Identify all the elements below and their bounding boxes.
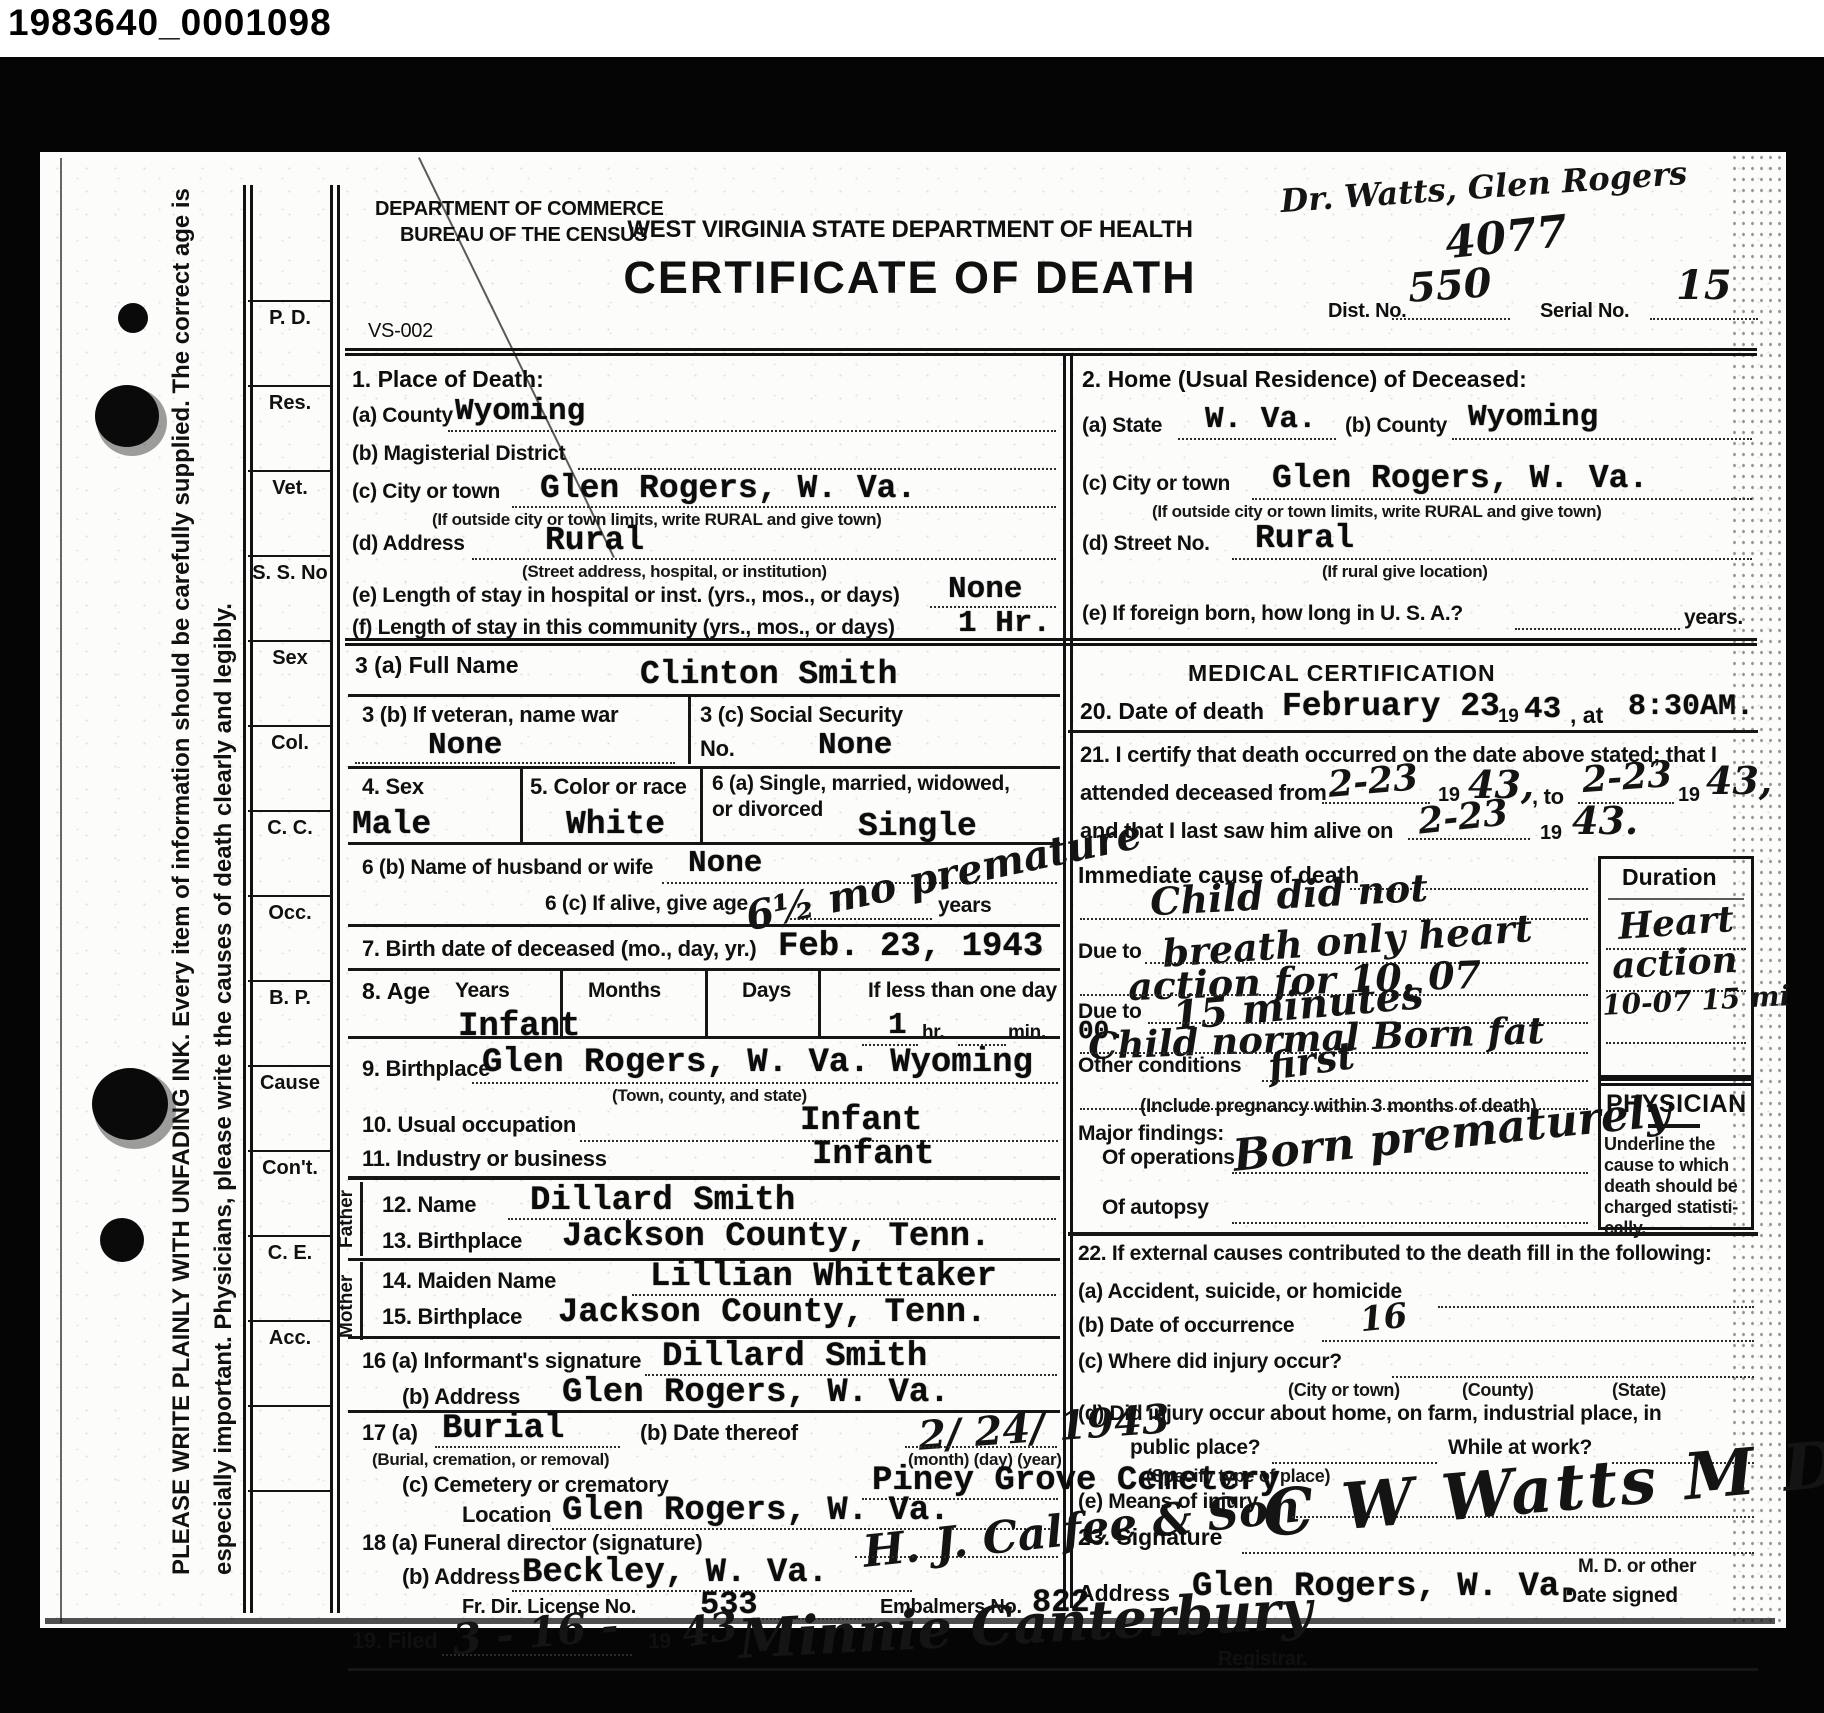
- sec1-c-line: [512, 506, 1056, 508]
- index-tab: Res.: [248, 385, 332, 470]
- margin-instruction-2: especially important. Physicians, please…: [210, 603, 238, 1575]
- funeral-dir-label: 18 (a) Funeral director (signature): [362, 1530, 702, 1556]
- father-bp-label: 13. Birthplace: [382, 1228, 522, 1254]
- sec2-title: 2. Home (Usual Residence) of Deceased:: [1082, 366, 1527, 393]
- index-tab: C. C.: [248, 810, 332, 895]
- sec1-e-value: None: [948, 572, 1022, 607]
- sec2-c-note: (If outside city or town limits, write R…: [1152, 502, 1602, 522]
- index-tab: [248, 1490, 332, 1575]
- sec2-e-label: (e) If foreign born, how long in U. S. A…: [1082, 602, 1463, 626]
- sec2-a-value: W. Va.: [1205, 402, 1317, 437]
- sec2-d-line: [1232, 558, 1752, 560]
- other-conditions-label: Other conditions: [1078, 1054, 1241, 1078]
- to-year-prefix: 19: [1678, 784, 1700, 807]
- sec1-d-label: (d) Address: [352, 532, 465, 556]
- date-signed-label: Date signed: [1562, 1584, 1678, 1608]
- external-b-line: [1322, 1340, 1754, 1342]
- sec1-title: 1. Place of Death:: [352, 366, 544, 393]
- physician-title-underline: [1648, 1124, 1700, 1128]
- external-c-note3: (State): [1612, 1380, 1666, 1401]
- attended-to-label: , to: [1532, 784, 1564, 810]
- operations-label: Of operations: [1102, 1146, 1235, 1170]
- age-div3: [818, 968, 821, 1036]
- physician-addr-value: Glen Rogers, W. Va.: [1192, 1568, 1580, 1606]
- dist-no-line: [1392, 318, 1510, 320]
- sec2-d-value: Rural: [1255, 520, 1354, 557]
- sec1-c-label: (c) City or town: [352, 480, 500, 504]
- occupation-label: 10. Usual occupation: [362, 1112, 576, 1138]
- filed-year-value: 43: [679, 1602, 741, 1656]
- filed-date-line: [442, 1654, 632, 1656]
- sec2-b-value: Wyoming: [1468, 400, 1598, 435]
- film-border-top: [0, 57, 1824, 152]
- signature-note: M. D. or other: [1578, 1556, 1696, 1578]
- burial-a-label: 17 (a): [362, 1420, 418, 1446]
- form-number: VS-002: [368, 320, 433, 343]
- due-to-1: Due to: [1078, 940, 1142, 964]
- punch-hole-2: [95, 385, 159, 447]
- father-name-value: Dillard Smith: [530, 1182, 795, 1220]
- row3-bottom-rule: [348, 766, 1060, 769]
- index-tab: C. E.: [248, 1235, 332, 1320]
- sec1-b-label: (b) Magisterial District: [352, 442, 565, 466]
- sec1-d-value: Rural: [545, 522, 644, 559]
- dod-time: 8:30AM.: [1628, 690, 1754, 724]
- age-less-label: If less than one day: [868, 979, 1057, 1003]
- scan-frame-label: 1983640_0001098: [8, 2, 332, 44]
- autopsy-label: Of autopsy: [1102, 1196, 1209, 1220]
- informant-addr-label: (b) Address: [402, 1384, 520, 1410]
- external-b-label: (b) Date of occurrence: [1078, 1314, 1294, 1338]
- veteran-line: [355, 762, 675, 764]
- sec2-e-suffix: years.: [1684, 606, 1743, 630]
- physician-note: Underline the cause to which death shoul…: [1604, 1134, 1750, 1239]
- sec2-b-line: [1452, 438, 1752, 440]
- row7-bottom-rule: [348, 968, 1060, 971]
- sec2-a-label: (a) State: [1082, 414, 1162, 438]
- funeral-addr-value: Beckley, W. Va.: [522, 1554, 828, 1592]
- fullname-label: 3 (a) Full Name: [355, 652, 519, 679]
- signature-label: 23. Signature: [1078, 1524, 1222, 1551]
- autopsy-rule: [1232, 1222, 1588, 1224]
- sec1-d-note: (Street address, hospital, or institutio…: [522, 562, 827, 582]
- external-b-scribble: 16: [1358, 1296, 1409, 1341]
- index-tab: B. P.: [248, 980, 332, 1065]
- birthdate-label: 7. Birth date of deceased (mo., day, yr.…: [362, 936, 756, 962]
- margin-instruction-1: PLEASE WRITE PLAINLY WITH UNFADING INK. …: [168, 188, 196, 1575]
- age-row-label: 8. Age: [362, 978, 430, 1005]
- state-title: WEST VIRGINIA STATE DEPARTMENT OF HEALTH: [600, 216, 1220, 244]
- father-bp-value: Jackson County, Tenn.: [562, 1218, 990, 1256]
- index-tab: S. S. No: [248, 555, 332, 640]
- filed-label: 19. Filed: [352, 1628, 437, 1654]
- last-alive-line: [1408, 838, 1530, 840]
- informant-addr-value: Glen Rogers, W. Va.: [562, 1374, 950, 1412]
- dod-value: February 23: [1282, 688, 1500, 725]
- veteran-label: 3 (b) If veteran, name war: [362, 702, 618, 728]
- marital-value: Single: [858, 808, 977, 845]
- other-conditions-rule: [1262, 1080, 1588, 1082]
- sex-value: Male: [352, 806, 431, 843]
- duration-title: Duration: [1622, 864, 1717, 891]
- index-tab: Vet.: [248, 470, 332, 555]
- certify-line3: and that I last saw him alive on: [1080, 818, 1393, 844]
- mother-side-label: Mother: [336, 1275, 358, 1338]
- birthplace-value: Glen Rogers, W. Va. Wyoming: [482, 1044, 1033, 1082]
- row6-bottom-rule: [348, 924, 1060, 927]
- fullname-value: Clinton Smith: [640, 656, 897, 693]
- scanned-death-certificate: 1983640_0001098 PLEASE WRITE PLAINLY WIT…: [0, 0, 1824, 1713]
- age-if-alive-label: 6 (c) If alive, give age: [545, 892, 748, 916]
- age-days-label: Days: [742, 979, 791, 1003]
- serial-no-label: Serial No.: [1540, 300, 1629, 323]
- spouse-label: 6 (b) Name of husband or wife: [362, 856, 653, 880]
- fullname-line: [348, 694, 1060, 697]
- burial-a-line: [435, 1446, 620, 1448]
- operations-rule: [1232, 1172, 1588, 1174]
- dod-label: 20. Date of death: [1080, 698, 1264, 725]
- external-d-label1: (d) Did injury occur about home, on farm…: [1078, 1402, 1661, 1426]
- sec22-top-rule: [1068, 1232, 1758, 1236]
- sec1-f-value: 1 Hr.: [958, 606, 1051, 641]
- alive-year-prefix: 19: [1540, 822, 1562, 845]
- father-bracket: [360, 1182, 363, 1256]
- sec2-c-label: (c) City or town: [1082, 472, 1230, 496]
- index-tab: P. D.: [248, 300, 332, 385]
- index-tab: Col.: [248, 725, 332, 810]
- mother-bracket: [360, 1262, 363, 1340]
- mother-name-value: Lillian Whittaker: [650, 1258, 997, 1296]
- row4-bottom-rule: [348, 842, 1060, 845]
- ssn-no-label: No.: [700, 736, 735, 762]
- row4-divider1: [520, 766, 523, 842]
- external-a-line: [1438, 1306, 1754, 1308]
- duration-hand-2: action: [1611, 939, 1739, 988]
- sec12-bottom-rule: [345, 638, 1757, 646]
- index-tab: Sex: [248, 640, 332, 725]
- burial-b-label: (b) Date thereof: [640, 1420, 798, 1446]
- row3-divider: [688, 694, 691, 764]
- birthplace-note: (Town, county, and state): [612, 1086, 807, 1106]
- external-c-label: (c) Where did injury occur?: [1078, 1350, 1342, 1374]
- paper-edge-line: [60, 158, 62, 1623]
- attended-from-line: [1322, 802, 1430, 804]
- external-e-label: (e) Means of injury: [1078, 1490, 1258, 1514]
- burial-a-note: (Burial, cremation, or removal): [372, 1450, 609, 1470]
- signature-line: [1242, 1552, 1754, 1554]
- occupation-value: Infant: [800, 1102, 922, 1140]
- external-title: 22. If external causes contributed to th…: [1078, 1242, 1712, 1266]
- major-findings-label: Major findings:: [1078, 1122, 1224, 1146]
- cemetery-loc-label: Location: [462, 1502, 551, 1528]
- attended-to-year: 43,: [1706, 758, 1772, 803]
- birthplace-label: 9. Birthplace: [362, 1056, 490, 1082]
- external-c-note1: (City or town): [1288, 1380, 1400, 1401]
- form-bottom-rule: [348, 1668, 1758, 1671]
- sec1-a-value: Wyoming: [455, 394, 585, 429]
- dist-no-value: 550: [1406, 259, 1493, 312]
- marital-label2: or divorced: [712, 798, 823, 822]
- race-label: 5. Color or race: [530, 774, 687, 800]
- header-rule: [345, 348, 1757, 356]
- row11-bottom-rule: [348, 1176, 1060, 1180]
- external-d-label2: public place?: [1130, 1436, 1260, 1460]
- industry-label: 11. Industry or business: [362, 1146, 607, 1172]
- age-min-label: min.: [1008, 1022, 1046, 1044]
- sec2-a-line: [1178, 438, 1336, 440]
- dod-at-label: , at: [1570, 702, 1603, 729]
- punch-hole-4: [100, 1218, 144, 1262]
- external-a-label: (a) Accident, suicide, or homicide: [1078, 1280, 1402, 1304]
- punch-hole-3: [92, 1068, 168, 1140]
- last-alive-year: 43.: [1572, 798, 1638, 843]
- index-tab-column: P. D.Res.Vet.S. S. NoSexCol.C. C.Occ.B. …: [248, 300, 332, 1575]
- medical-title: MEDICAL CERTIFICATION: [1188, 660, 1496, 687]
- father-side-label: Father: [336, 1190, 358, 1248]
- age-value: Infant: [458, 1008, 580, 1046]
- serial-no-line: [1650, 318, 1758, 320]
- sec1-c-note: (If outside city or town limits, write R…: [432, 510, 882, 530]
- duration-rule4: [1606, 1042, 1746, 1044]
- birthdate-value: Feb. 23, 1943: [778, 928, 1043, 966]
- mother-name-label: 14. Maiden Name: [382, 1268, 556, 1294]
- informant-sig-value: Dillard Smith: [662, 1338, 927, 1376]
- dod-bottom-rule: [1068, 730, 1758, 733]
- race-value: White: [566, 806, 665, 843]
- ssn-value: None: [818, 728, 892, 763]
- sex-label: 4. Sex: [362, 774, 424, 800]
- age-div2: [705, 968, 708, 1036]
- burial-a-value: Burial: [442, 1410, 564, 1448]
- physician-addr-label: Address: [1078, 1580, 1170, 1607]
- sec1-e-label: (e) Length of stay in hospital or inst. …: [352, 584, 900, 608]
- mother-bp-value: Jackson County, Tenn.: [558, 1294, 986, 1332]
- certify-line2: attended deceased from: [1080, 780, 1326, 806]
- father-name-label: 12. Name: [382, 1192, 476, 1218]
- index-tab: [248, 1405, 332, 1490]
- external-c-line: [1392, 1376, 1754, 1378]
- sec2-c-line: [1252, 498, 1752, 500]
- punch-hole-1: [118, 303, 148, 333]
- dod-year: 43: [1524, 692, 1561, 727]
- attended-from-value: 2-23: [1326, 756, 1419, 806]
- mother-bp-label: 15. Birthplace: [382, 1304, 522, 1330]
- funeral-addr-label: (b) Address: [402, 1564, 520, 1590]
- funeral-dir-line: [855, 1556, 1058, 1558]
- informant-sig-label: 16 (a) Informant's signature: [362, 1348, 641, 1374]
- index-tab: Con't.: [248, 1150, 332, 1235]
- ssn-label: 3 (c) Social Security: [700, 702, 903, 728]
- birthplace-line: [472, 1082, 1058, 1084]
- marital-label1: 6 (a) Single, married, widowed,: [712, 772, 1010, 796]
- age-hr-label: hr.: [922, 1022, 944, 1044]
- film-border-left: [0, 152, 40, 1713]
- sec2-c-value: Glen Rogers, W. Va.: [1272, 460, 1648, 497]
- index-tab: Acc.: [248, 1320, 332, 1405]
- certificate-title: CERTIFICATE OF DEATH: [600, 252, 1220, 304]
- sec1-f-label: (f) Length of stay in this community (yr…: [352, 616, 895, 640]
- index-tab: Cause: [248, 1065, 332, 1150]
- industry-value: Infant: [812, 1136, 934, 1174]
- burial-b-line: [905, 1446, 1057, 1448]
- age-years-label: Years: [455, 979, 510, 1003]
- row8-bottom-rule: [348, 1036, 1060, 1039]
- serial-no-value: 15: [1676, 262, 1732, 309]
- sec1-c-value: Glen Rogers, W. Va.: [540, 470, 916, 507]
- physician-title: PHYSICIAN: [1606, 1090, 1747, 1119]
- filed-year-prefix: 19: [648, 1630, 671, 1654]
- sec2-e-line: [1515, 628, 1680, 630]
- sec1-d-line: [472, 558, 1056, 560]
- sec2-d-note: (If rural give location): [1322, 562, 1488, 582]
- sec1-a-line: [448, 430, 1056, 432]
- veteran-value: None: [428, 728, 502, 763]
- index-tab: Occ.: [248, 895, 332, 980]
- spouse-value: None: [688, 846, 762, 881]
- row4-divider2: [700, 766, 703, 842]
- sec2-d-label: (d) Street No.: [1082, 532, 1210, 556]
- age-months-label: Months: [588, 979, 661, 1003]
- sec1-a-label: (a) County: [352, 404, 453, 428]
- sec2-b-label: (b) County: [1345, 414, 1447, 438]
- external-c-note2: (County): [1462, 1380, 1534, 1401]
- attended-to-value: 2-23: [1581, 753, 1674, 801]
- dod-year-prefix: 19: [1498, 706, 1519, 728]
